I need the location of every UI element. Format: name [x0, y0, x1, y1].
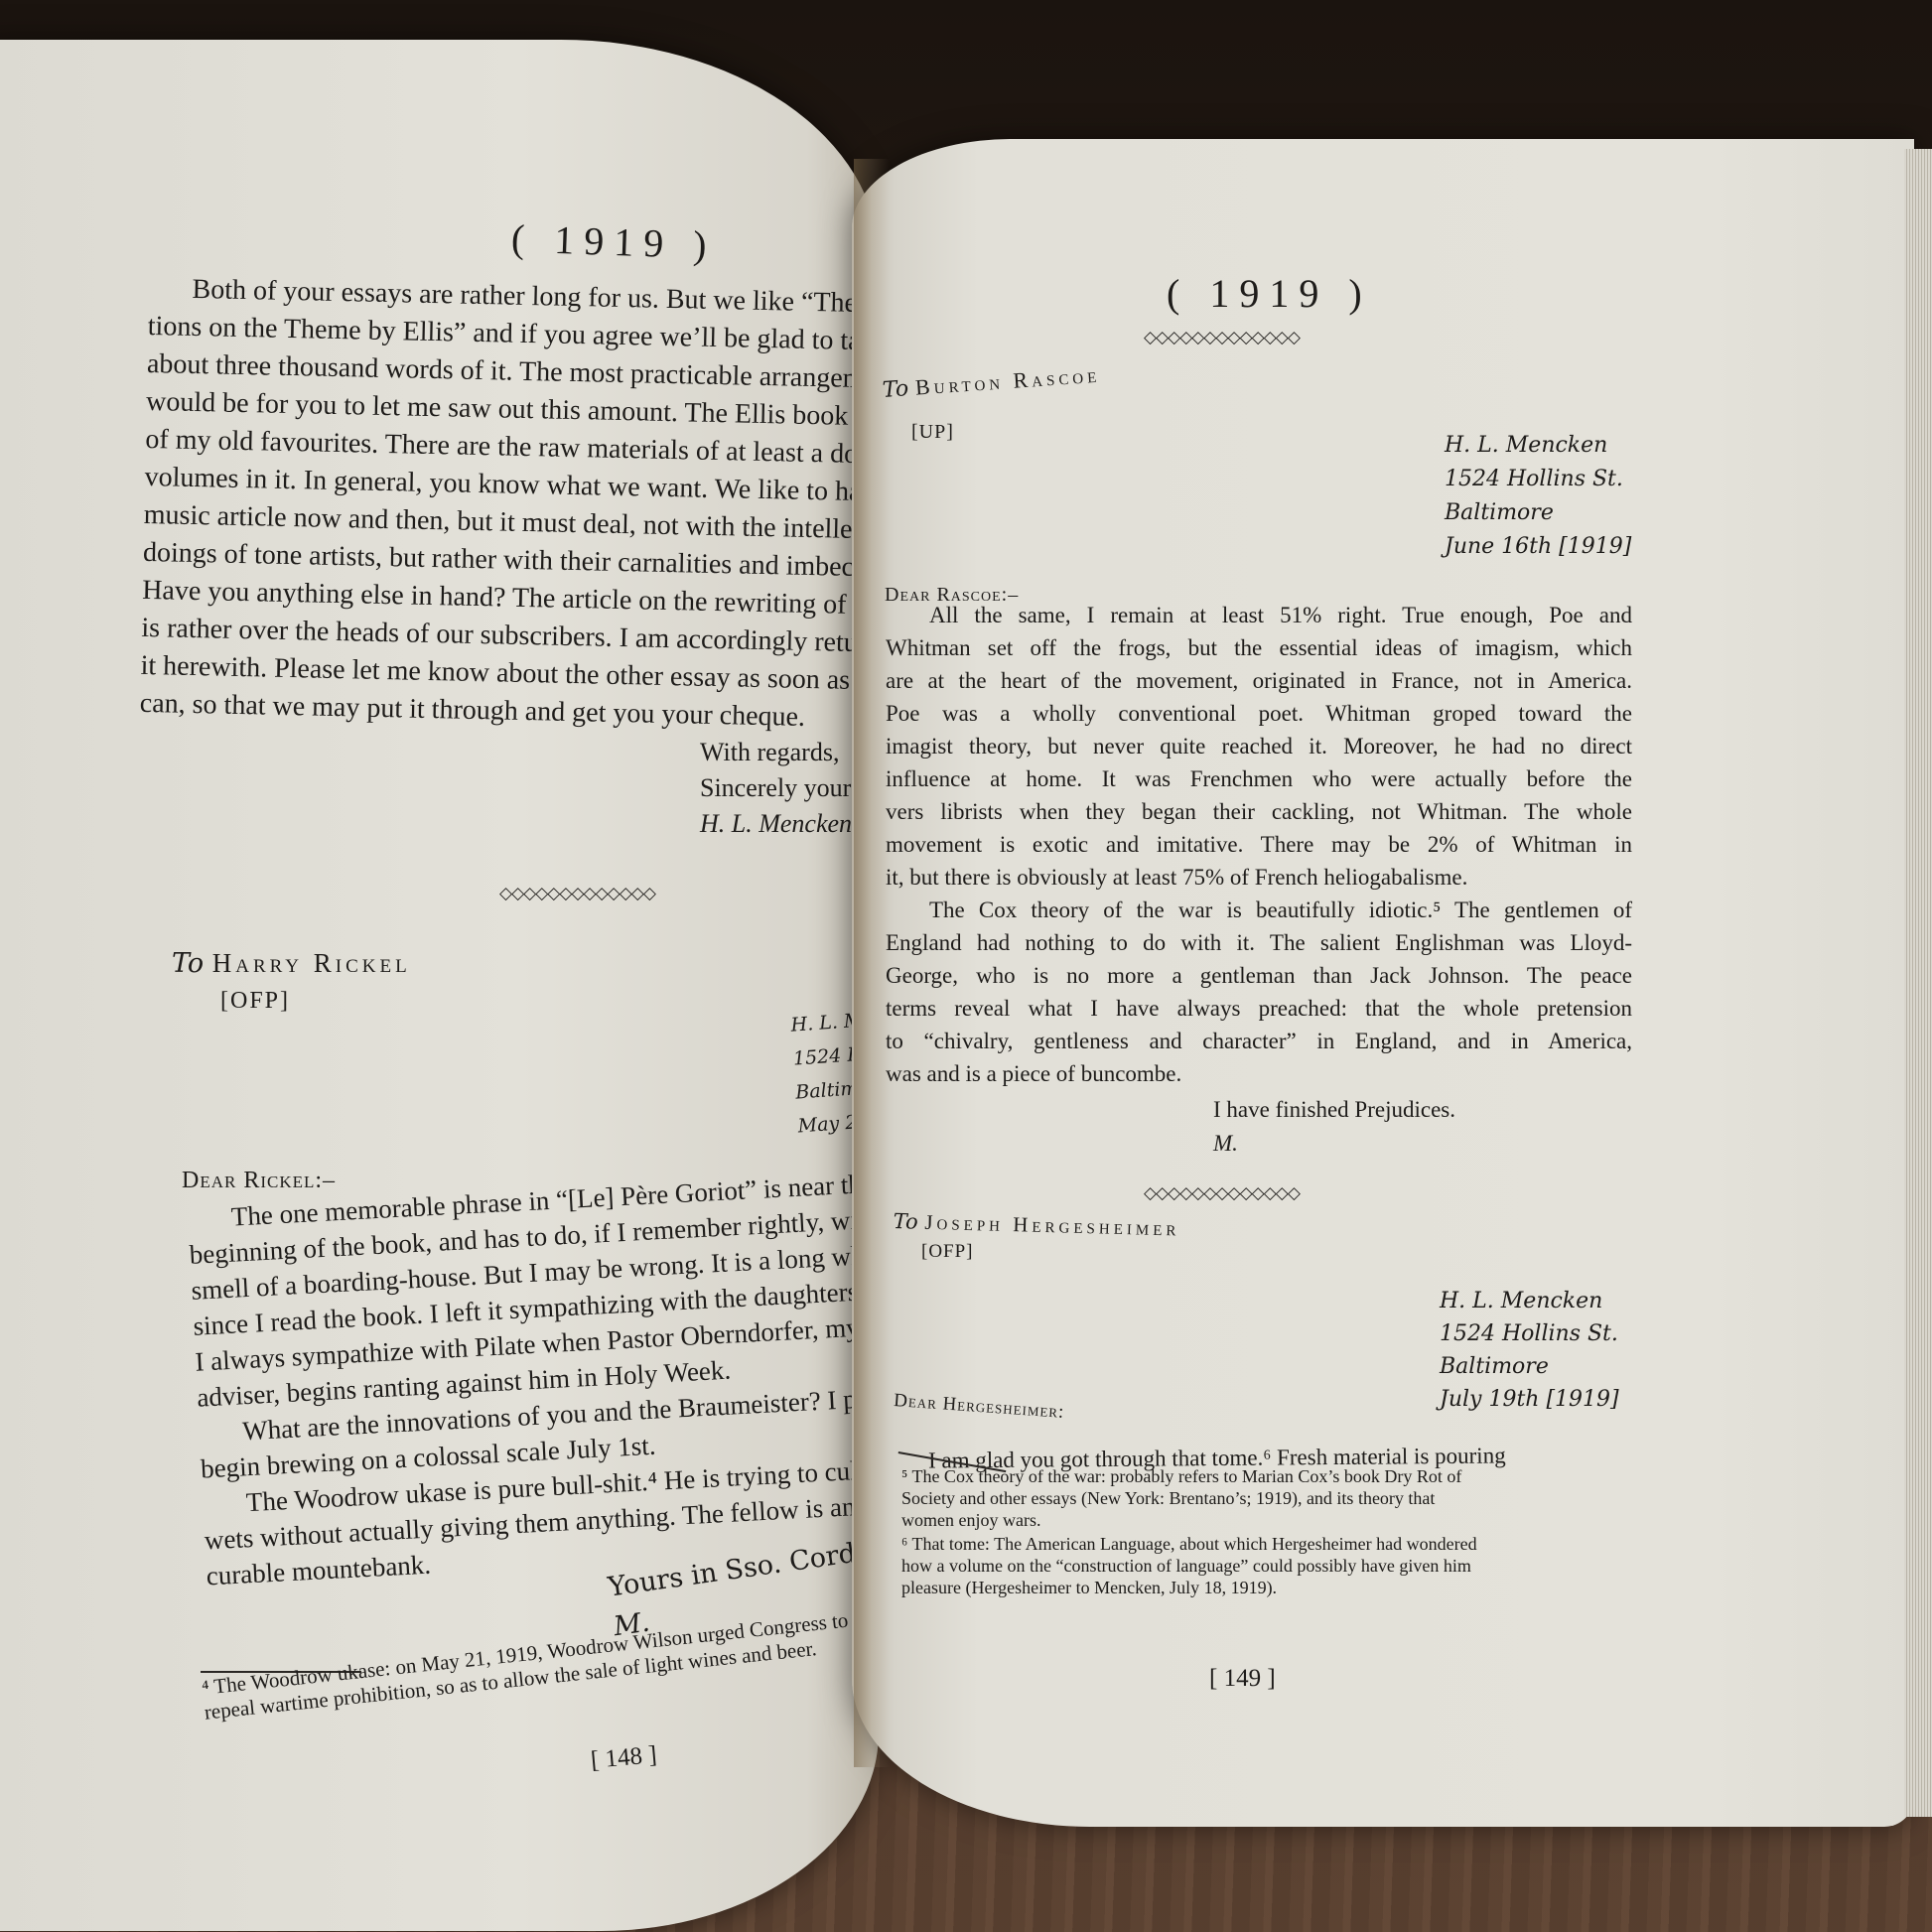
right-running-head: ( 1919 ) — [1167, 270, 1372, 317]
text-line: influence at home. It was Frenchmen who … — [886, 762, 1632, 795]
text-line: was and is a piece of buncombe. — [886, 1057, 1632, 1090]
rickel-letter-body: The one memorable phrase in “[Le] Père G… — [187, 1162, 966, 1594]
text-line: George, who is no more a gentleman than … — [886, 959, 1632, 992]
text-line: are at the heart of the movement, origin… — [886, 664, 1632, 697]
section-ornament-top: ◇◇◇◇◇◇◇◇◇◇◇◇◇ — [1144, 328, 1300, 347]
closing-line: With regards, — [700, 735, 868, 770]
text-line: terms reveal what I have always preached… — [886, 992, 1632, 1025]
text-line: imagist theory, but never quite reached … — [886, 730, 1632, 762]
text-line: vers librists when they began their cack… — [886, 795, 1632, 828]
page-number-149: [ 149 ] — [1209, 1665, 1276, 1693]
address-line: June 16th [1919] — [1445, 530, 1631, 564]
to-prefix: To — [882, 376, 909, 403]
sender-address: H. L. Mencken 1524 Hollins St. Baltimore… — [1445, 429, 1631, 564]
footnote-5: ⁵ The Cox theory of the war: probably re… — [901, 1465, 1624, 1531]
section-ornament: ◇◇◇◇◇◇◇◇◇◇◇◇◇ — [499, 884, 655, 903]
rascoe-closing: I have finished Prejudices. M. — [1213, 1093, 1455, 1161]
source-tag: [OFP] — [220, 988, 290, 1015]
rascoe-letter-body: All the same, I remain at least 51% righ… — [886, 599, 1632, 1090]
sender-address: H. L. Mencken 1524 Hollins St. Baltimore… — [1440, 1285, 1619, 1416]
footnote-line: ⁵ The Cox theory of the war: probably re… — [901, 1465, 1624, 1487]
to-prefix: To — [172, 948, 204, 979]
continued-letter-closing: With regards, Sincerely yours, H. L. Men… — [700, 735, 868, 842]
closing-line: I have finished Prejudices. — [1213, 1093, 1455, 1127]
page-number-148: [ 148 ] — [590, 1741, 658, 1775]
signature: M. — [1213, 1127, 1455, 1161]
footnote-6: ⁶ That tome: The American Language, abou… — [901, 1533, 1624, 1598]
text-line: The Cox theory of the war is beautifully… — [886, 894, 1632, 926]
address-line: H. L. Mencken — [1440, 1285, 1619, 1317]
footnote-line: how a volume on the “construction of lan… — [901, 1555, 1624, 1577]
address-line: H. L. Mencken — [1445, 429, 1631, 463]
footnote-line: ⁶ That tome: The American Language, abou… — [901, 1533, 1624, 1555]
to-prefix: To — [893, 1209, 918, 1234]
text-line: movement is exotic and imitative. There … — [886, 828, 1632, 861]
address-line: 1524 Hollins St. — [1445, 463, 1631, 496]
signature: H. L. Mencken — [700, 806, 868, 842]
footnote-line: Society and other essays (New York: Bren… — [901, 1487, 1624, 1509]
address-line: Baltimore — [1440, 1350, 1619, 1383]
footnote-line: women enjoy wars. — [901, 1509, 1624, 1531]
address-line: Baltimore — [1445, 496, 1631, 530]
page-edges — [1904, 149, 1932, 1817]
address-line: July 19th [1919] — [1440, 1383, 1619, 1416]
text-line: England had nothing to do with it. The s… — [886, 926, 1632, 959]
text-line: it, but there is obviously at least 75% … — [886, 861, 1632, 894]
footnote-line: pleasure (Hergesheimer to Mencken, July … — [901, 1577, 1624, 1598]
recipient-name: Harry Rickel — [212, 948, 411, 978]
salutation: Dear Rickel:– — [182, 1168, 336, 1194]
text-line: Whitman set off the frogs, but the essen… — [886, 631, 1632, 664]
text-line: to “chivalry, gentleness and character” … — [886, 1025, 1632, 1057]
text-line: Poe was a wholly conventional poet. Whit… — [886, 697, 1632, 730]
address-line: 1524 Hollins St. — [1440, 1317, 1619, 1350]
closing-line: Sincerely yours, — [700, 770, 868, 806]
source-tag: [UP] — [911, 421, 954, 444]
text-line: All the same, I remain at least 51% righ… — [886, 599, 1632, 631]
continued-letter-body: Both of your essays are rather long for … — [139, 270, 931, 739]
left-running-head: ( 1919 ) — [510, 214, 717, 268]
section-ornament-mid: ◇◇◇◇◇◇◇◇◇◇◇◇◇ — [1144, 1183, 1300, 1203]
source-tag: [OFP] — [921, 1241, 974, 1263]
recipient-heading-rickel: To Harry Rickel — [172, 948, 411, 979]
